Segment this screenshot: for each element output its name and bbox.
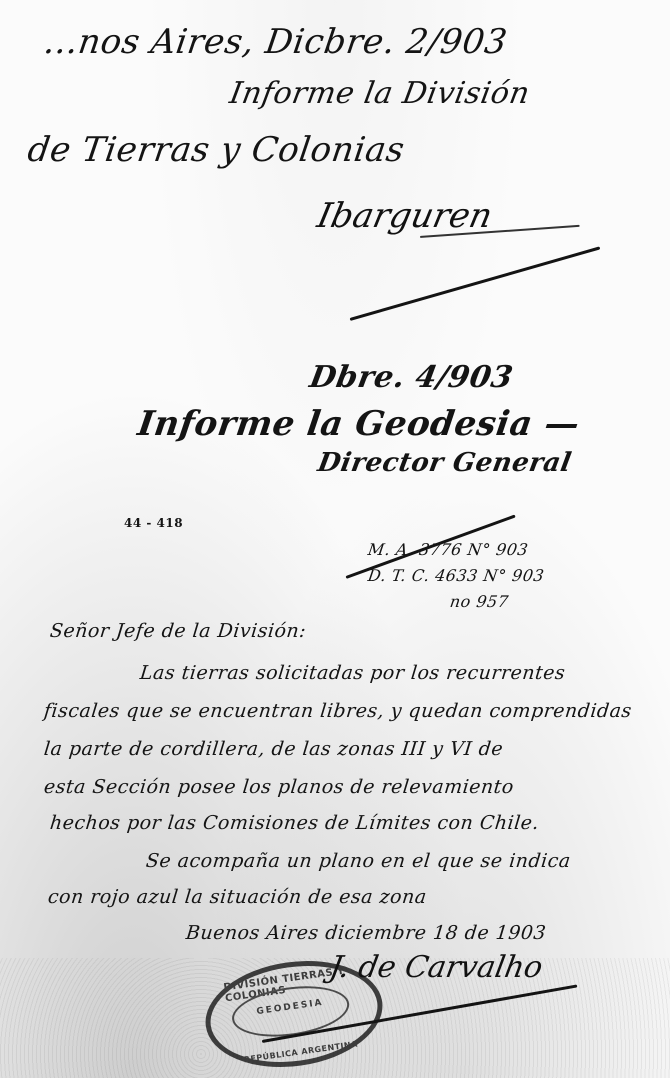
registry-line-2: D. T. C. 4633 N° 903	[367, 566, 546, 585]
header-instruction-line2: de Tierras y Colonias	[25, 130, 407, 170]
second-note-instruction: Informe la Geodesia —	[135, 404, 582, 444]
letter-line-1: Las tierras solicitadas por los recurren…	[139, 662, 567, 684]
scanned-document-page: …nos Aires, Dicbre. 2/903 Informe la Div…	[0, 0, 670, 1078]
signature-carvalho: J. de Carvalho	[327, 950, 545, 985]
registry-line-1: M. A. 3776 N° 903	[367, 540, 530, 559]
file-reference: 44 - 418	[124, 516, 183, 530]
letter-line-3: la parte de cordillera, de las zonas III…	[43, 738, 504, 760]
second-note-date: Dbre. 4/903	[307, 360, 516, 395]
stamp-bottom-text: REPÚBLICA ARGENTINA	[243, 1039, 358, 1064]
letter-line-5: hechos por las Comisiones de Límites con…	[49, 812, 540, 834]
second-note-signature: Director General	[315, 448, 574, 478]
stamp-center-text: GEODESIA	[233, 995, 347, 1021]
signature-flourish-1	[350, 246, 601, 321]
letter-closing: Buenos Aires diciembre 18 de 1903	[185, 922, 547, 944]
letter-line-2: fiscales que se encuentran libres, y que…	[43, 700, 633, 722]
header-place-date: …nos Aires, Dicbre. 2/903	[41, 22, 510, 62]
letter-line-4: esta Sección posee los planos de relevam…	[43, 776, 515, 798]
registry-line-3: no 957	[449, 592, 510, 611]
letter-line-7: con rojo azul la situación de esa zona	[47, 886, 428, 908]
signature-ibarguren: Ibarguren	[314, 196, 496, 236]
header-instruction-line1: Informe la División	[227, 76, 533, 111]
letter-line-6: Se acompaña un plano en el que se indica	[145, 850, 572, 872]
letter-salutation: Señor Jefe de la División:	[49, 620, 307, 642]
